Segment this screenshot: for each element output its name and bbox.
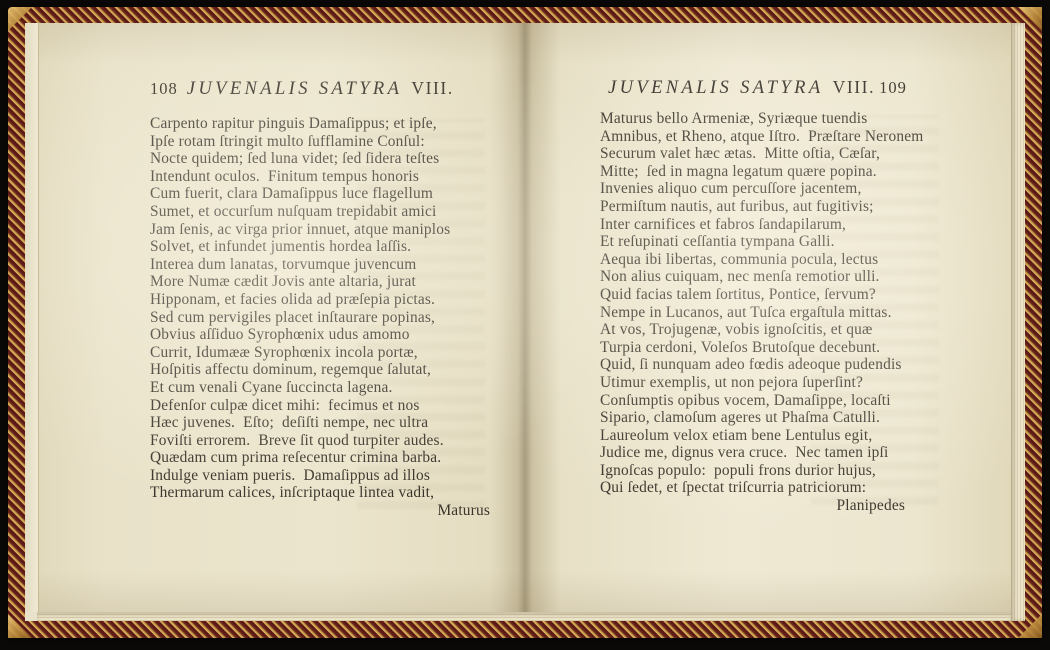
verse-line: Obvius aſſiduo Syrophœnix udus amomo <box>150 326 502 344</box>
verse-line: Hæc juvenes. Eſto; deſiſti nempe, nec ul… <box>150 414 502 432</box>
verse-line: More Numæ cædit Jovis ante altaria, jura… <box>150 273 502 291</box>
page-stack-edges-right <box>1011 23 1025 621</box>
verse-line: Defenſor culpæ dicet mihi: fecimus et no… <box>150 397 502 415</box>
verse-line: Qui ſedet, et ſpectat triſcurria patrici… <box>600 479 944 497</box>
verse-lines: Maturus bello Armeniæ, Syriæque tuendisA… <box>600 110 944 497</box>
book-binding: 108 JUVENALIS SATYRA VIII. Carpento rapi… <box>8 7 1042 638</box>
verse-line: Permiſtum nautis, aut furibus, aut fugit… <box>600 198 944 216</box>
verse-line: Quædam cum prima reſecentur crimina barb… <box>150 449 502 467</box>
verse-line: Thermarum calices, inſcriptaque lintea v… <box>150 484 502 502</box>
verse-line: Judice me, dignus vera cruce. Nec tamen … <box>600 444 944 462</box>
verse-line: Intendunt oculos. Finitum tempus honoris <box>150 168 502 186</box>
right-header-title: JUVENALIS SATYRA <box>608 78 824 98</box>
binding-turn-in-left <box>25 23 39 612</box>
verse-line: Turpia cerdoni, Voleſos Brutoſque decebu… <box>600 339 944 357</box>
verse-line: Et reſupinati ceſſantia tympana Galli. <box>600 233 944 251</box>
verse-line: Hipponam, et facies olida ad præſepia pi… <box>150 291 502 309</box>
right-verse-block: Maturus bello Armeniæ, Syriæque tuendisA… <box>600 110 944 515</box>
verse-line: Carpento rapitur pinguis Damaſippus; et … <box>150 115 502 133</box>
verse-line: Quid facias talem ſortitus, Pontice, ſer… <box>600 286 944 304</box>
verse-line: Cum fuerit, clara Damaſippus luce flagel… <box>150 185 502 203</box>
open-page-spread: 108 JUVENALIS SATYRA VIII. Carpento rapi… <box>39 23 1011 612</box>
verse-line: Quid, ſi nunquam adeo fœdis adeoque pude… <box>600 356 944 374</box>
verse-line: Nempe in Lucanos, aut Tuſca ergaſtula mi… <box>600 304 944 322</box>
left-page-header: 108 JUVENALIS SATYRA VIII. <box>150 78 454 100</box>
book-photograph: 108 JUVENALIS SATYRA VIII. Carpento rapi… <box>0 0 1050 650</box>
paper-area: 108 JUVENALIS SATYRA VIII. Carpento rapi… <box>25 23 1025 621</box>
verse-line: Hoſpitis affectu dominum, regemque ſalut… <box>150 361 502 379</box>
right-page-header: JUVENALIS SATYRA VIII. 109 <box>603 77 907 99</box>
page-stack-edges-bottom <box>37 612 1011 621</box>
verse-line: Sed cum pervigiles placet inſtaurare pop… <box>150 309 502 327</box>
verse-line: Ignoſcas populo: populi frons durior huj… <box>600 462 944 480</box>
verse-line: Nocte quidem; ſed luna videt; ſed ſidera… <box>150 150 502 168</box>
verse-line: Ipſe rotam ſtringit multo ſufflamine Con… <box>150 133 502 151</box>
verse-line: Aequa ibi libertas, communia pocula, lec… <box>600 251 944 269</box>
verse-line: Jam ſenis, ac virga prior innuet, atque … <box>150 221 502 239</box>
left-header-numeral: VIII. <box>411 78 454 98</box>
left-header-title: JUVENALIS SATYRA <box>187 79 403 99</box>
verse-line: Sipario, clamoſum ageres ut Phaſma Catul… <box>600 409 944 427</box>
verse-line: Mitte; ſed in magna legatum quære popina… <box>600 163 944 181</box>
verse-line: Laureolum velox etiam bene Lentulus egit… <box>600 427 944 445</box>
verse-line: Inter carnifices et fabros ſandapilarum, <box>600 216 944 234</box>
verse-line: Solvet, et infundet jumentis hordea laſſ… <box>150 238 502 256</box>
verse-line: Conſumptis opibus vocem, Damaſippe, loca… <box>600 392 944 410</box>
right-catchword: Planipedes <box>600 497 944 515</box>
verse-line: Securum valet hæc ætas. Mitte oſtia, Cæſ… <box>600 145 944 163</box>
left-verse-block: Carpento rapitur pinguis Damaſippus; et … <box>150 115 502 520</box>
left-catchword: Maturus <box>150 502 502 520</box>
left-page-number: 108 <box>150 79 178 98</box>
right-page-number: 109 <box>879 78 907 97</box>
verse-line: Et cum venali Cyane ſuccincta lagena. <box>150 379 502 397</box>
verse-line: Non alius cuiquam, nec menſa remotior ul… <box>600 268 944 286</box>
verse-line: Amnibus, et Rheno, atque Iſtro. Præſtare… <box>600 128 944 146</box>
verse-lines: Carpento rapitur pinguis Damaſippus; et … <box>150 115 502 502</box>
verse-line: At vos, Trojugenæ, vobis ignoſcitis, et … <box>600 321 944 339</box>
verse-line: Invenies aliquo cum percuſſore jacentem, <box>600 180 944 198</box>
verse-line: Maturus bello Armeniæ, Syriæque tuendis <box>600 110 944 128</box>
verse-line: Interea dum lanatas, torvumque juvencum <box>150 256 502 274</box>
verse-line: Currit, Idumææ Syrophœnix incola portæ, <box>150 344 502 362</box>
verse-line: Indulge veniam pueris. Damaſippus ad ill… <box>150 467 502 485</box>
right-header-numeral: VIII. <box>833 77 876 97</box>
verse-line: Utimur exemplis, ut non pejora ſuperſint… <box>600 374 944 392</box>
verse-line: Sumet, et occurſum nuſquam trepidabit am… <box>150 203 502 221</box>
verse-line: Foviſti errorem. Breve ſit quod turpiter… <box>150 432 502 450</box>
